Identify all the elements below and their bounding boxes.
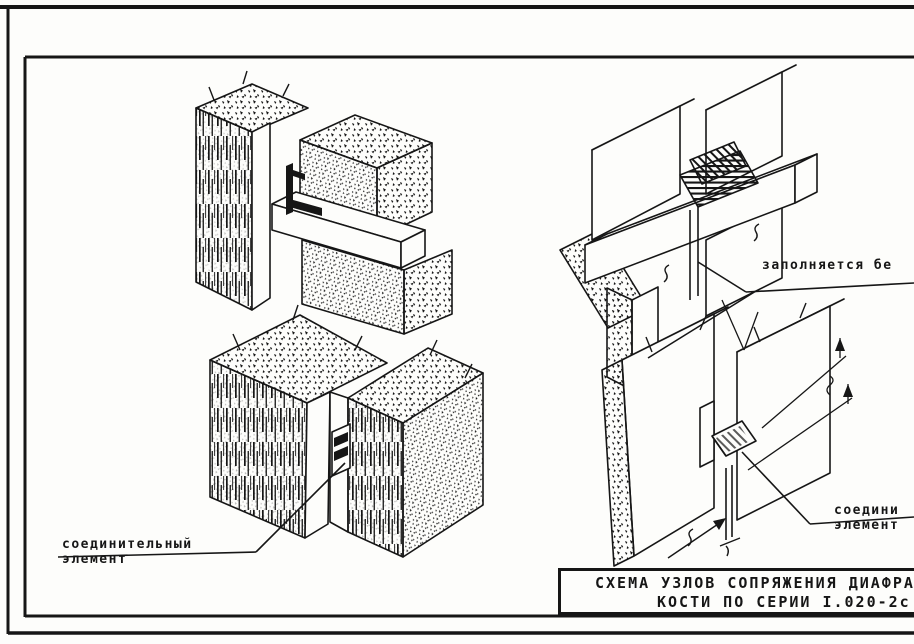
title-line1: СХЕМА УЗЛОВ СОПРЯЖЕНИЯ ДИАФРАГМ (561, 574, 914, 593)
title-line2: КОСТИ ПО СЕРИИ I.020-2с (561, 593, 914, 612)
connector-element-label-left: соединительный элемент (62, 537, 193, 567)
connector-element (332, 424, 350, 476)
fill-note-label: заполняется бе (762, 258, 893, 273)
drawing-sheet: заполняется бе соединительный элемент со… (0, 0, 914, 644)
connector-element-label-right: соедини элемент (834, 503, 899, 533)
title-block: СХЕМА УЗЛОВ СОПРЯЖЕНИЯ ДИАФРАГМ КОСТИ ПО… (558, 568, 914, 615)
connector-right-line1: соедини (834, 503, 899, 518)
connector-right-line2: элемент (834, 518, 899, 533)
connector-left-line1: соединительный (62, 537, 193, 552)
figure-top-left (196, 71, 452, 334)
connector-left-line2: элемент (62, 552, 193, 567)
figure-bottom-left (210, 305, 483, 557)
